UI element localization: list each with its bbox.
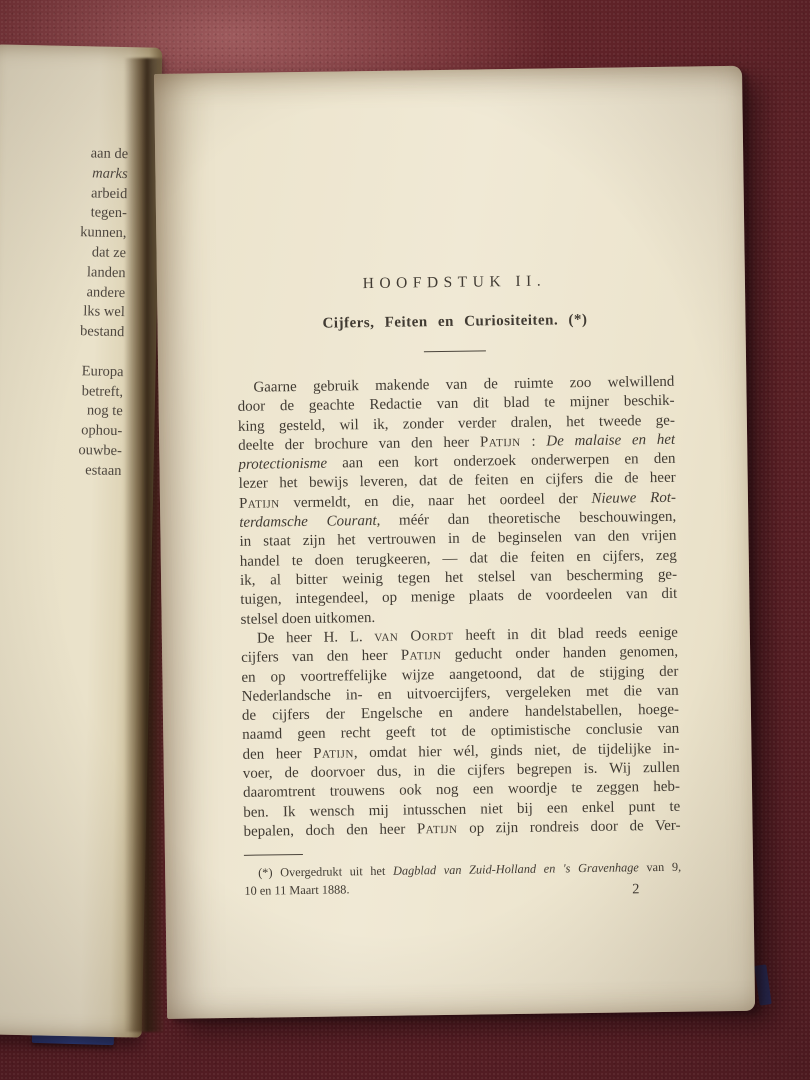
text-line: estaan [0, 459, 122, 481]
chapter-subtitle: Cijfers, Feiten en Curiositeiten. (*) [236, 311, 673, 334]
footnote-separator-rule [244, 854, 303, 856]
right-page: HOOFDSTUK II. Cijfers, Feiten en Curiosi… [154, 66, 755, 1019]
heading-divider-rule [424, 350, 486, 352]
page-text-block: HOOFDSTUK II. Cijfers, Feiten en Curiosi… [233, 67, 683, 1018]
text-line: marks [2, 162, 128, 184]
text-line: ouwbe- [0, 439, 122, 461]
text-line: tegen- [1, 202, 127, 224]
text-line: nog te [0, 400, 123, 422]
text-line: ophou- [0, 420, 122, 442]
text-line: betreft, [0, 380, 123, 402]
text-line: arbeid [1, 182, 127, 204]
text-line: aan de [2, 142, 128, 164]
text-line: landen [0, 261, 126, 283]
text-line: dat ze [0, 241, 126, 263]
photo-open-book: aan demarksarbeidtegen-kunnen,dat zeland… [0, 0, 810, 1080]
text-line: bestand [0, 321, 125, 343]
paragraph-1: Gaarne gebruik makende van de ruimte zoo… [237, 373, 677, 630]
text-line: kunnen, [0, 222, 126, 244]
text-line: Europa [0, 360, 124, 382]
paragraph-2: De heer H. L. van Oordt heeft in dit bla… [241, 624, 681, 842]
left-page-text-fragments: aan demarksarbeidtegen-kunnen,dat zeland… [0, 142, 128, 481]
text-line: lks wel [0, 301, 125, 323]
chapter-heading: HOOFDSTUK II. [236, 271, 673, 295]
text-line: andere [0, 281, 125, 303]
